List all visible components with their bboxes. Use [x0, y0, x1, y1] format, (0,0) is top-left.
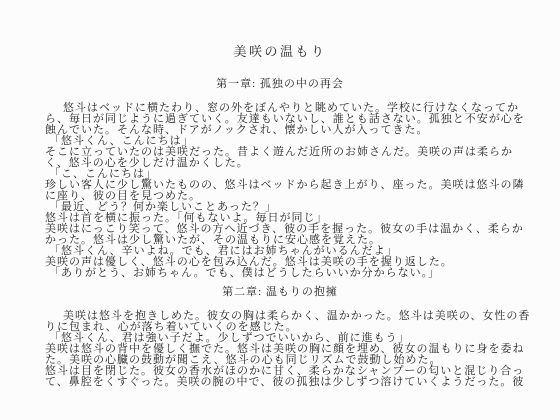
chapter-2-section: 第二章: 温もりの抱擁 美咲は悠斗を抱きしめた。彼女の胸は柔らかく、温かかった。… [32, 286, 528, 388]
document-page: 美咲の温もり 第一章: 孤独の中の再会 悠斗はベッドに横たわり、窓の外をぼんやり… [0, 0, 560, 420]
body-line: 「ありがとう、お姉ちゃん。でも、僕はどうしたらいいか分からない。」 [45, 268, 528, 279]
chapter-2-body: 美咲は悠斗を抱きしめた。彼女の胸は柔らかく、温かかった。悠斗は美咲の、女性の香り… [45, 311, 528, 388]
chapter-1-heading: 第一章: 孤独の中の再会 [32, 78, 528, 91]
chapter-1-section: 第一章: 孤独の中の再会 悠斗はベッドに横たわり、窓の外をぼんやりと眺めていた。… [32, 78, 528, 279]
body-line: て、鼻腔をくすぐった。美咲の腕の中で、彼の孤独は少しずつ溶けていくようだった。彼 [45, 377, 528, 388]
document-title: 美咲の温もり [32, 44, 528, 59]
chapter-1-body: 悠斗はベッドに横たわり、窓の外をぼんやりと眺めていた。学校に行けなくなってから、… [45, 103, 528, 279]
chapter-2-heading: 第二章: 温もりの抱擁 [32, 286, 528, 299]
